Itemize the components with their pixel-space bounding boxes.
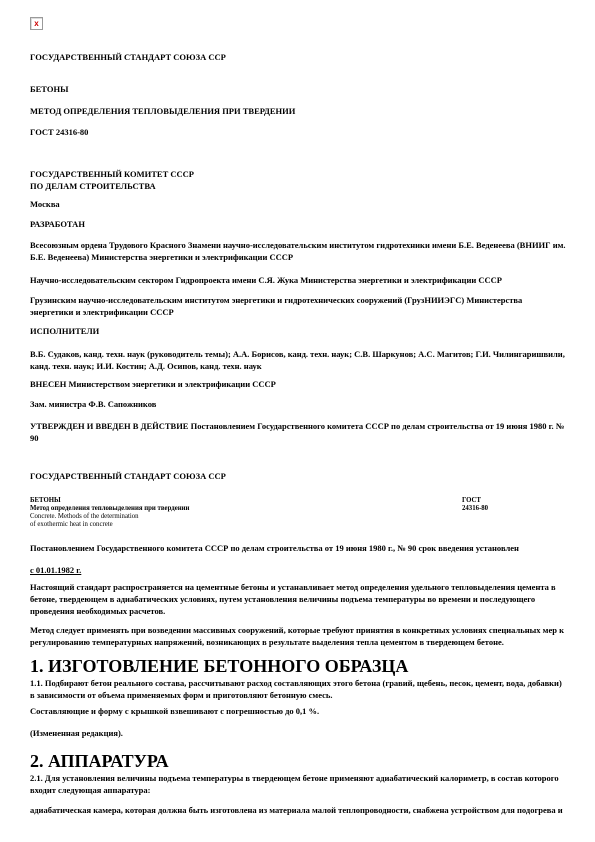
title-block-subject: БЕТОНЫ xyxy=(30,497,61,504)
top-gost-number: ГОСТ 24316-80 xyxy=(30,126,567,138)
standard-title-right: ГОСТ 24316-80 xyxy=(462,497,567,513)
developed-org-1: Всесоюзным ордена Трудового Красного Зна… xyxy=(30,239,567,263)
scope-paragraph-1: Настоящий стандарт распространяется на ц… xyxy=(30,581,567,617)
section1-paragraph-2: Составляющие и форму с крышкой взвешиваю… xyxy=(30,705,567,717)
section1-paragraph-3: (Измененная редакция). xyxy=(30,727,567,739)
approved-line: УТВЕРЖДЕН И ВВЕДЕН В ДЕЙСТВИЕ Постановле… xyxy=(30,420,567,444)
scope-paragraph-2: Метод следует применять при возведении м… xyxy=(30,624,567,648)
committee-line1: ГОСУДАРСТВЕННЫЙ КОМИТЕТ СССР xyxy=(30,169,194,179)
section1-paragraph-1: 1.1. Подбирают бетон реального состава, … xyxy=(30,677,567,701)
committee-city: Москва xyxy=(30,198,567,210)
broken-image-x-glyph: x xyxy=(34,20,38,28)
committee-line2: ПО ДЕЛАМ СТРОИТЕЛЬСТВА xyxy=(30,181,156,191)
section1-heading: 1. ИЗГОТОВЛЕНИЕ БЕТОННОГО ОБРАЗЦА xyxy=(30,656,567,677)
top-subject: БЕТОНЫ xyxy=(30,83,567,95)
title-block-standard-org: ГОСУДАРСТВЕННЫЙ СТАНДАРТ СОЮЗА ССР xyxy=(30,470,567,482)
submitted-line: ВНЕСЕН Министерством энергетики и электр… xyxy=(30,378,567,390)
title-block-gost-label: ГОСТ xyxy=(462,497,481,504)
title-block-subtitle-en1: Concrete. Methods of the determination xyxy=(30,513,139,520)
section2-heading: 2. АППАРАТУРА xyxy=(30,751,567,772)
broken-image-icon: x xyxy=(30,17,43,30)
standard-title-block: БЕТОНЫ Метод определения тепловыделения … xyxy=(30,497,567,529)
enactment-date: с 01.01.1982 г. xyxy=(30,564,567,576)
section2-paragraph-2: адиабатическая камера, которая должна бы… xyxy=(30,804,567,816)
developed-org-3: Грузинским научно-исследовательским инст… xyxy=(30,294,567,318)
executors-names: В.Б. Судаков, канд. техн. наук (руководи… xyxy=(30,348,567,372)
submitted-deputy: Зам. министра Ф.В. Сапожников xyxy=(30,398,567,410)
executors-label: ИСПОЛНИТЕЛИ xyxy=(30,325,567,337)
title-block-subtitle-en2: of exothermic heat in concrete xyxy=(30,521,113,528)
top-standard-org: ГОСУДАРСТВЕННЫЙ СТАНДАРТ СОЮЗА ССР xyxy=(30,51,567,63)
section2-paragraph-1: 2.1. Для установления величины подъема т… xyxy=(30,772,567,796)
top-method-title: МЕТОД ОПРЕДЕЛЕНИЯ ТЕПЛОВЫДЕЛЕНИЯ ПРИ ТВЕ… xyxy=(30,105,567,117)
developed-label: РАЗРАБОТАН xyxy=(30,218,567,230)
gost-document-page: x ГОСУДАРСТВЕННЫЙ СТАНДАРТ СОЮЗА ССР БЕТ… xyxy=(0,0,595,842)
committee-block: ГОСУДАРСТВЕННЫЙ КОМИТЕТ СССР ПО ДЕЛАМ СТ… xyxy=(30,168,567,192)
title-block-gost-number: 24316-80 xyxy=(462,505,488,512)
enactment-decree: Постановлением Государственного комитета… xyxy=(30,542,567,554)
developed-org-2: Научно-исследовательским сектором Гидроп… xyxy=(30,274,567,286)
standard-title-left: БЕТОНЫ Метод определения тепловыделения … xyxy=(30,497,455,529)
title-block-subtitle-ru: Метод определения тепловыделения при тве… xyxy=(30,505,189,512)
